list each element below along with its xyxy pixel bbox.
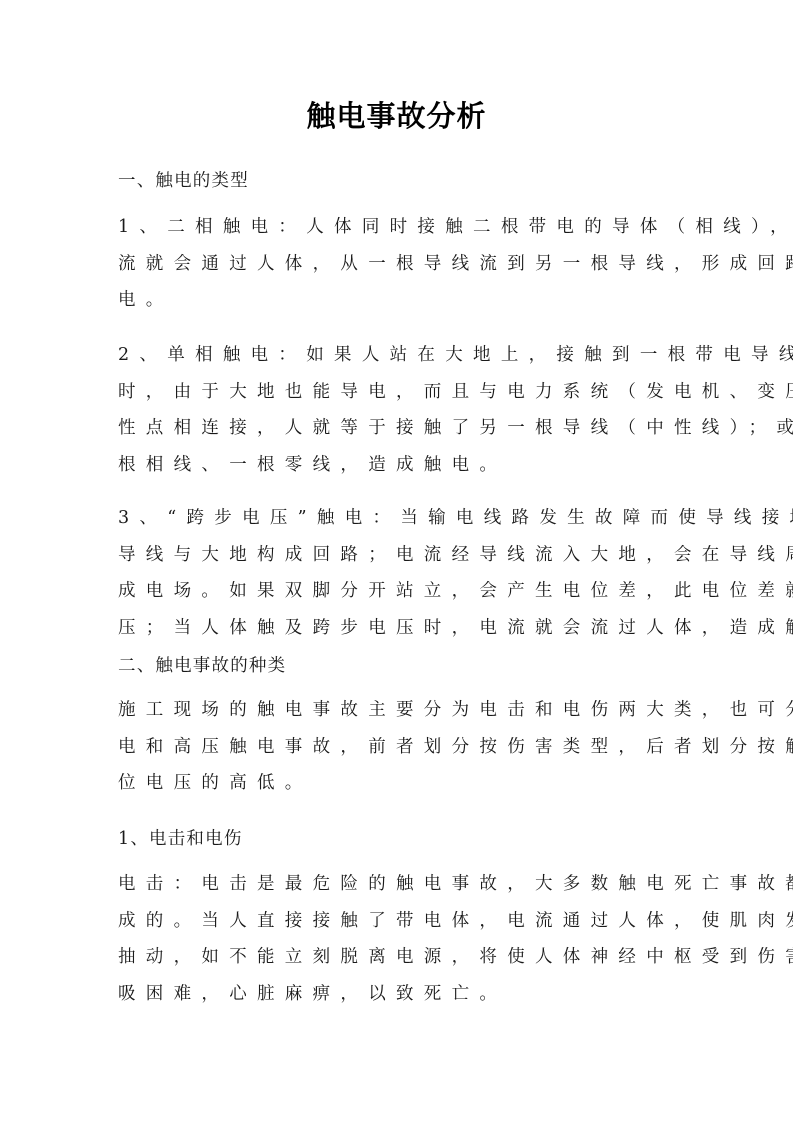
- section-heading-categories: 二、触电事故的种类: [118, 648, 718, 685]
- text-line: 成电场。如果双脚分开站立，会产生电位差，此电位差就是跨步电: [118, 573, 718, 610]
- text-line: 流就会通过人体，从一根导线流到另一根导线，形成回路，使人触: [118, 246, 718, 283]
- heading-text: 1、电击和电伤: [118, 821, 718, 858]
- document-title: 触电事故分析: [0, 96, 793, 136]
- text-line: 根相线、一根零线，造成触电。: [118, 447, 718, 484]
- text-line: 施工现场的触电事故主要分为电击和电伤两大类，也可分为低压触: [118, 692, 718, 729]
- heading-text: 一、触电的类型: [118, 163, 718, 200]
- section-heading-shock-injury: 1、电击和电伤: [118, 821, 718, 858]
- text-line: 位电压的高低。: [118, 765, 718, 802]
- heading-text: 二、触电事故的种类: [118, 648, 718, 685]
- text-line: 成的。当人直接接触了带电体，电流通过人体，使肌肉发生麻木、: [118, 903, 718, 940]
- text-line: 电和高压触电事故，前者划分按伤害类型，后者划分按触电发生部: [118, 729, 718, 766]
- text-line: 2、单相触电：如果人站在大地上，接触到一根带电导线（相线）: [118, 337, 718, 374]
- section-heading-types: 一、触电的类型: [118, 163, 718, 200]
- document-page: 触电事故分析 一、触电的类型 1、二相触电：人体同时接触二根带电的导体（相线），…: [0, 0, 793, 1122]
- text-line: 吸困难，心脏麻痹，以致死亡。: [118, 976, 718, 1013]
- paragraph-electric-shock: 电击：电击是最危险的触电事故，大多数触电死亡事故都是电击造 成的。当人直接接触了…: [118, 866, 718, 1012]
- text-line: 性点相连接，人就等于接触了另一根导线（中性线）；或者接触一: [118, 410, 718, 447]
- text-line: 抽动，如不能立刻脱离电源，将使人体神经中枢受到伤害，引起呼: [118, 939, 718, 976]
- text-line: 电击：电击是最危险的触电事故，大多数触电死亡事故都是电击造: [118, 866, 718, 903]
- paragraph-single-phase: 2、单相触电：如果人站在大地上，接触到一根带电导线（相线） 时，由于大地也能导电…: [118, 337, 718, 483]
- paragraph-categories: 施工现场的触电事故主要分为电击和电伤两大类，也可分为低压触 电和高压触电事故，前…: [118, 692, 718, 802]
- text-line: 时，由于大地也能导电，而且与电力系统（发电机、变压器）的中: [118, 374, 718, 411]
- text-line: 1、二相触电：人体同时接触二根带电的导体（相线），电线上的电: [118, 209, 718, 246]
- text-line: 3、“跨步电压”触电：当输电线路发生故障而使导线接地时，由于: [118, 500, 718, 537]
- text-line: 压；当人体触及跨步电压时，电流就会流过人体，造成触电事故。: [118, 610, 718, 647]
- paragraph-step-voltage: 3、“跨步电压”触电：当输电线路发生故障而使导线接地时，由于 导线与大地构成回路…: [118, 500, 718, 646]
- paragraph-two-phase: 1、二相触电：人体同时接触二根带电的导体（相线），电线上的电 流就会通过人体，从…: [118, 209, 718, 319]
- text-line: 电。: [118, 282, 718, 319]
- text-line: 导线与大地构成回路；电流经导线流入大地，会在导线周围地面形: [118, 537, 718, 574]
